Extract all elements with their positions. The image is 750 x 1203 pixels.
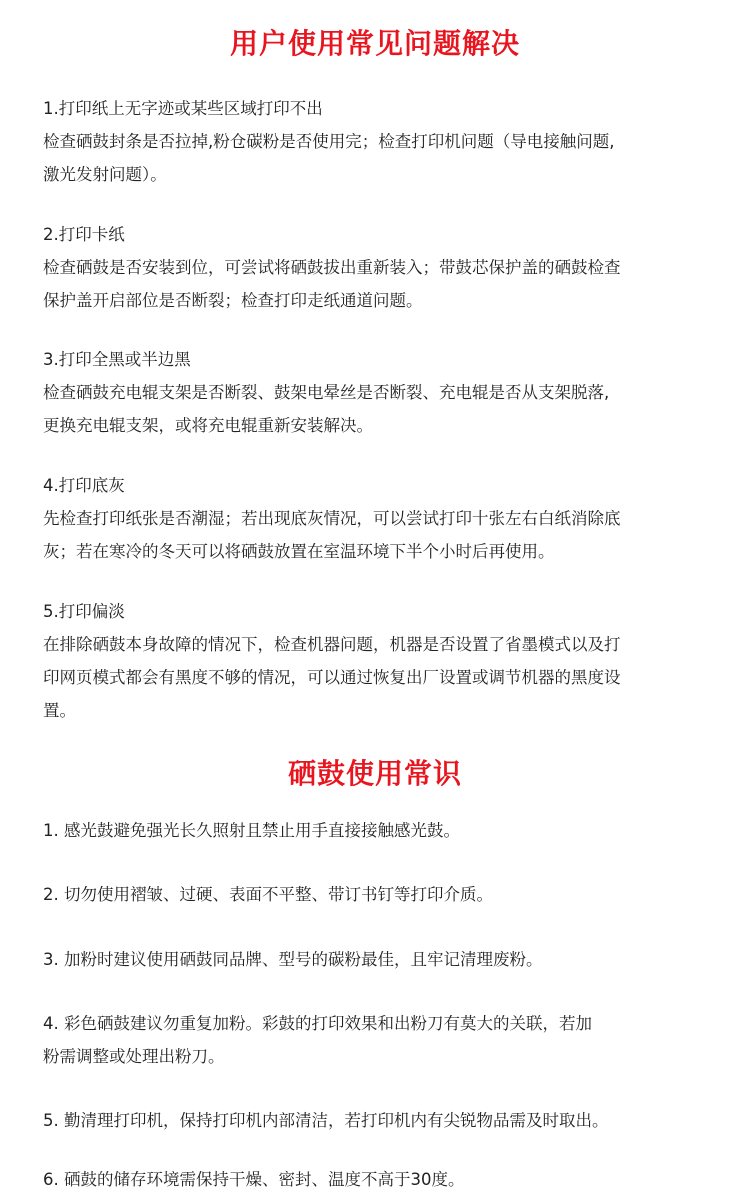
problem-text: 更换充电辊支架，或将充电辊重新安装解决。	[43, 409, 713, 442]
problem-4: 4.打印底灰 先检查打印纸张是否潮湿；若出现底灰情况，可以尝试打印十张左右白纸消…	[43, 469, 713, 568]
problem-heading: 2.打印卡纸	[43, 218, 713, 251]
tip-3: 3. 加粉时建议使用硒鼓同品牌、型号的碳粉最佳，且牢记清理废粉。	[43, 943, 723, 976]
tip-text: 粉需调整或处理出粉刀。	[43, 1040, 723, 1073]
problem-heading: 5.打印偏淡	[43, 595, 713, 628]
tip-text: 4. 彩色硒鼓建议勿重复加粉。彩鼓的打印效果和出粉刀有莫大的关联，若加	[43, 1007, 723, 1040]
section-title-troubleshooting: 用户使用常见问题解决	[0, 22, 750, 62]
tip-text: 5. 勤清理打印机，保持打印机内部清洁，若打印机内有尖锐物品需及时取出。	[43, 1104, 723, 1137]
tip-text: 2. 切勿使用褶皱、过硬、表面不平整、带订书钉等打印介质。	[43, 878, 723, 911]
problem-3: 3.打印全黑或半边黑 检查硒鼓充电辊支架是否断裂、鼓架电晕丝是否断裂、充电辊是否…	[43, 343, 713, 442]
tip-5: 5. 勤清理打印机，保持打印机内部清洁，若打印机内有尖锐物品需及时取出。	[43, 1104, 723, 1137]
problem-text: 保护盖开启部位是否断裂；检查打印走纸通道问题。	[43, 284, 713, 317]
tip-1: 1. 感光鼓避免强光长久照射且禁止用手直接接触感光鼓。	[43, 814, 723, 847]
problem-5: 5.打印偏淡 在排除硒鼓本身故障的情况下，检查机器问题，机器是否设置了省墨模式以…	[43, 595, 713, 727]
problem-text: 检查硒鼓封条是否拉掉,粉仓碳粉是否使用完；检查打印机问题（导电接触问题,	[43, 125, 713, 158]
problem-heading: 1.打印纸上无字迹或某些区域打印不出	[43, 92, 713, 125]
problem-text: 在排除硒鼓本身故障的情况下，检查机器问题，机器是否设置了省墨模式以及打	[43, 628, 713, 661]
tip-4: 4. 彩色硒鼓建议勿重复加粉。彩鼓的打印效果和出粉刀有莫大的关联，若加 粉需调整…	[43, 1007, 723, 1073]
problem-text: 置。	[43, 694, 713, 727]
problem-text: 印网页模式都会有黑度不够的情况，可以通过恢复出厂设置或调节机器的黑度设	[43, 661, 713, 694]
tip-text: 6. 硒鼓的储存环境需保持干燥、密封、温度不高于30度。	[43, 1163, 723, 1196]
problem-2: 2.打印卡纸 检查硒鼓是否安装到位，可尝试将硒鼓拔出重新装入；带鼓芯保护盖的硒鼓…	[43, 218, 713, 317]
problem-text: 检查硒鼓是否安装到位，可尝试将硒鼓拔出重新装入；带鼓芯保护盖的硒鼓检查	[43, 251, 713, 284]
problem-heading: 3.打印全黑或半边黑	[43, 343, 713, 376]
tip-6: 6. 硒鼓的储存环境需保持干燥、密封、温度不高于30度。	[43, 1163, 723, 1196]
tip-2: 2. 切勿使用褶皱、过硬、表面不平整、带订书钉等打印介质。	[43, 878, 723, 911]
tip-text: 3. 加粉时建议使用硒鼓同品牌、型号的碳粉最佳，且牢记清理废粉。	[43, 943, 723, 976]
problem-text: 激光发射问题）。	[43, 158, 713, 191]
section-title-cartridge-tips: 硒鼓使用常识	[0, 752, 750, 792]
tip-text: 1. 感光鼓避免强光长久照射且禁止用手直接接触感光鼓。	[43, 814, 723, 847]
problem-heading: 4.打印底灰	[43, 469, 713, 502]
problem-text: 灰；若在寒冷的冬天可以将硒鼓放置在室温环境下半个小时后再使用。	[43, 535, 713, 568]
problem-1: 1.打印纸上无字迹或某些区域打印不出 检查硒鼓封条是否拉掉,粉仓碳粉是否使用完；…	[43, 92, 713, 191]
problem-text: 检查硒鼓充电辊支架是否断裂、鼓架电晕丝是否断裂、充电辊是否从支架脱落,	[43, 376, 713, 409]
problem-text: 先检查打印纸张是否潮湿；若出现底灰情况，可以尝试打印十张左右白纸消除底	[43, 502, 713, 535]
